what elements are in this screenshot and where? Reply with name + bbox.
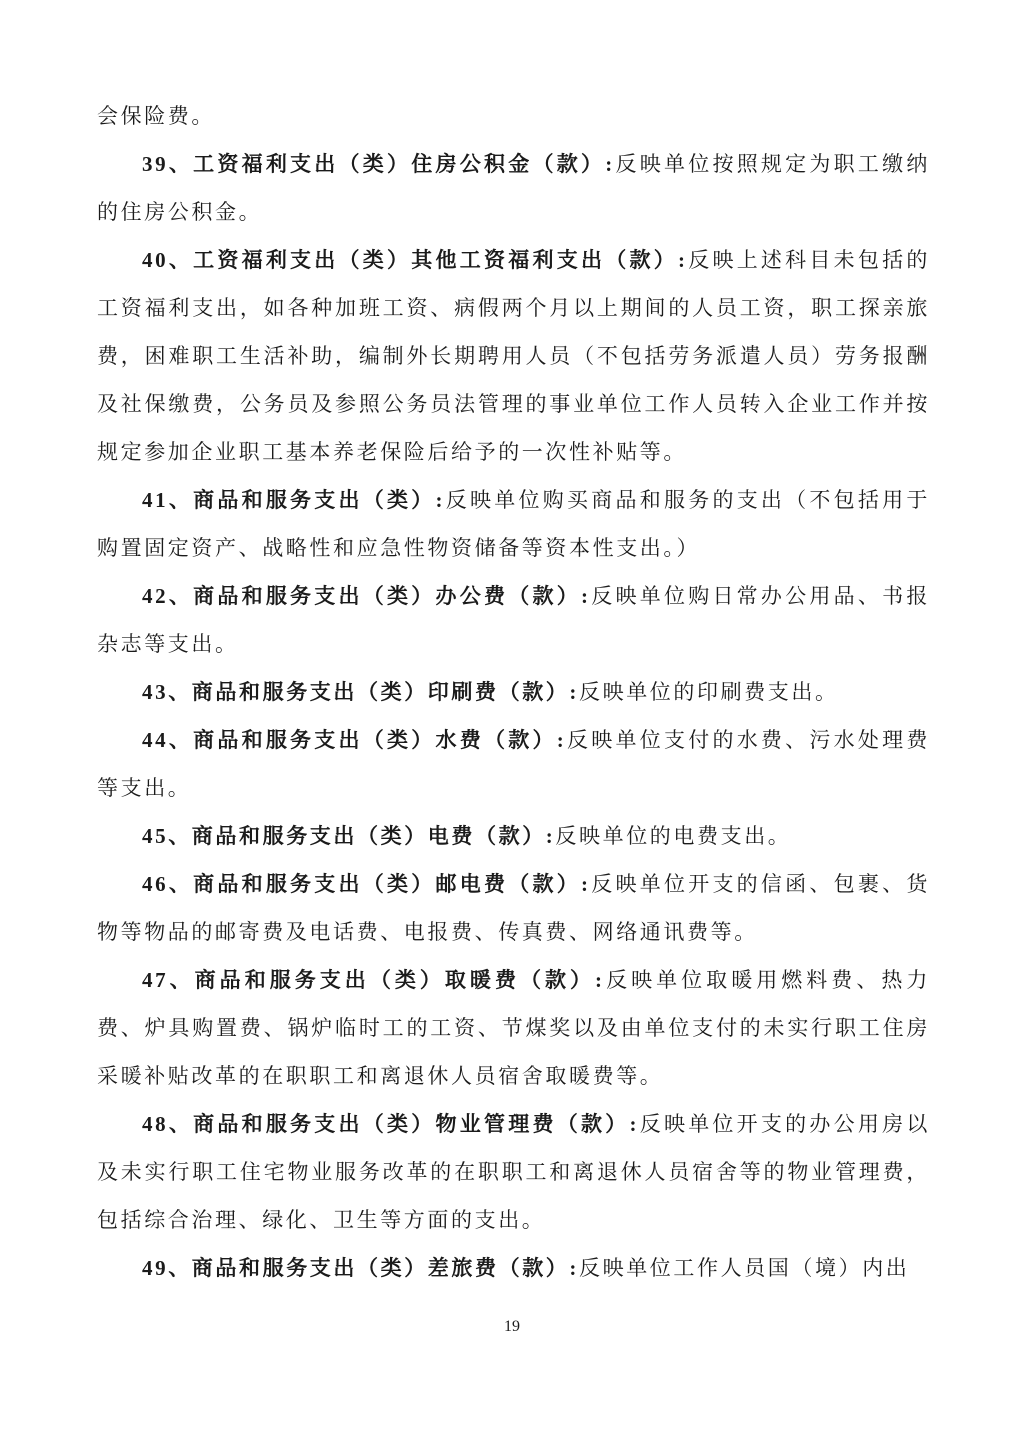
entry-heading: 43、商品和服务支出（类）印刷费（款）: bbox=[142, 680, 579, 704]
paragraph-body: 反映上述科目未包括的工资福利支出，如各种加班工资、病假两个月以上期间的人员工资，… bbox=[97, 248, 930, 464]
page-number: 19 bbox=[0, 1318, 1024, 1336]
entry-heading: 47、商品和服务支出（类）取暖费（款）: bbox=[142, 968, 605, 992]
paragraph-47: 47、商品和服务支出（类）取暖费（款）:反映单位取暖用燃料费、热力费、炉具购置费… bbox=[97, 956, 930, 1100]
paragraph-46: 46、商品和服务支出（类）邮电费（款）:反映单位开支的信函、包裹、货物等物品的邮… bbox=[97, 860, 930, 956]
paragraph-body: 反映单位工作人员国（境）内出 bbox=[579, 1256, 909, 1280]
entry-heading: 46、商品和服务支出（类）邮电费（款）: bbox=[142, 872, 591, 896]
entry-heading: 41、商品和服务支出（类）: bbox=[142, 488, 445, 512]
paragraph-45: 45、商品和服务支出（类）电费（款）:反映单位的电费支出。 bbox=[97, 812, 930, 860]
paragraph-body: 反映单位的电费支出。 bbox=[555, 824, 791, 848]
paragraph-39: 39、工资福利支出（类）住房公积金（款）:反映单位按照规定为职工缴纳的住房公积金… bbox=[97, 140, 930, 236]
paragraph-body: 会保险费。 bbox=[97, 104, 215, 128]
paragraph-42: 42、商品和服务支出（类）办公费（款）:反映单位购日常办公用品、书报杂志等支出。 bbox=[97, 572, 930, 668]
entry-heading: 45、商品和服务支出（类）电费（款）: bbox=[142, 824, 555, 848]
paragraph-body: 反映单位的印刷费支出。 bbox=[579, 680, 839, 704]
entry-heading: 42、商品和服务支出（类）办公费（款）: bbox=[142, 584, 591, 608]
entry-heading: 39、工资福利支出（类）住房公积金（款）: bbox=[142, 152, 615, 176]
paragraph-43: 43、商品和服务支出（类）印刷费（款）:反映单位的印刷费支出。 bbox=[97, 668, 930, 716]
paragraph-49: 49、商品和服务支出（类）差旅费（款）:反映单位工作人员国（境）内出 bbox=[97, 1244, 930, 1292]
paragraph-44: 44、商品和服务支出（类）水费（款）:反映单位支付的水费、污水处理费等支出。 bbox=[97, 716, 930, 812]
document-page: 会保险费。 39、工资福利支出（类）住房公积金（款）:反映单位按照规定为职工缴纳… bbox=[0, 0, 1024, 1447]
paragraph-48: 48、商品和服务支出（类）物业管理费（款）:反映单位开支的办公用房以及未实行职工… bbox=[97, 1100, 930, 1244]
paragraph-40: 40、工资福利支出（类）其他工资福利支出（款）:反映上述科目未包括的工资福利支出… bbox=[97, 236, 930, 476]
entry-heading: 49、商品和服务支出（类）差旅费（款）: bbox=[142, 1256, 579, 1280]
paragraph-41: 41、商品和服务支出（类）:反映单位购买商品和服务的支出（不包括用于购置固定资产… bbox=[97, 476, 930, 572]
entry-heading: 48、商品和服务支出（类）物业管理费（款）: bbox=[142, 1112, 639, 1136]
paragraph-continuation: 会保险费。 bbox=[97, 92, 930, 140]
entry-heading: 44、商品和服务支出（类）水费（款）: bbox=[142, 728, 566, 752]
entry-heading: 40、工资福利支出（类）其他工资福利支出（款）: bbox=[142, 248, 688, 272]
